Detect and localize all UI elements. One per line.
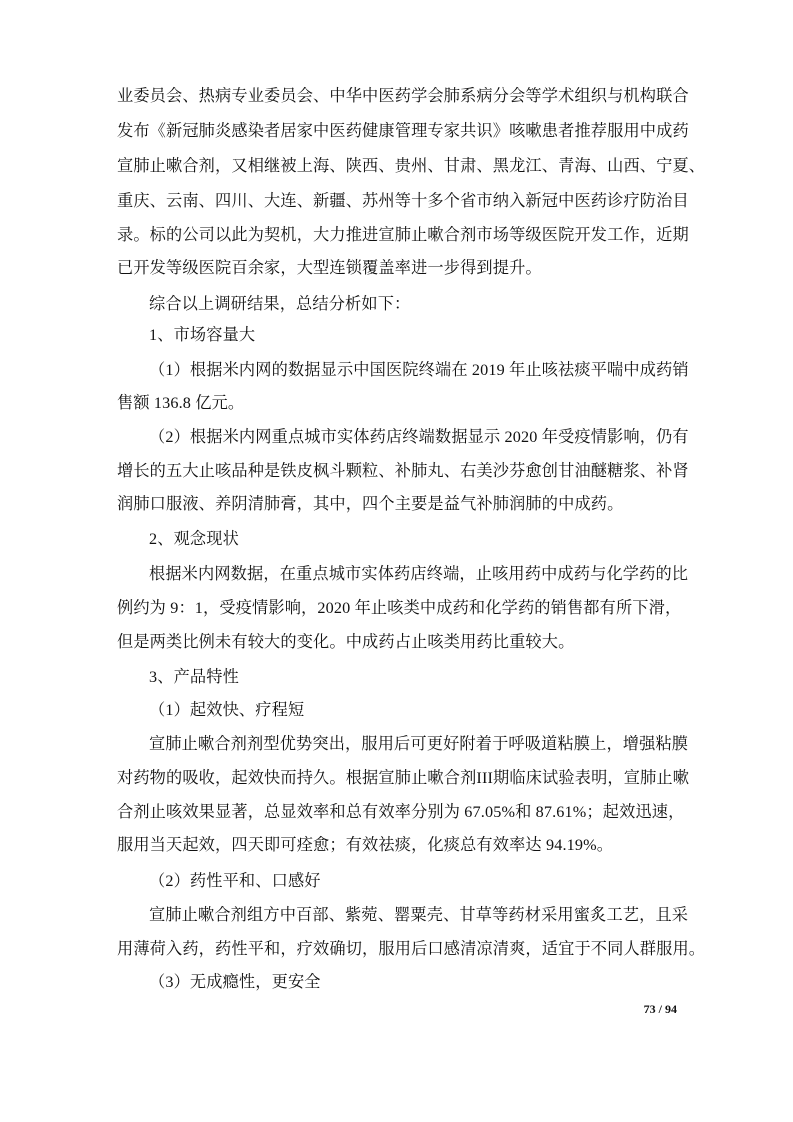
text-line: （2）药性平和、口感好	[149, 871, 709, 891]
text-line: （3）无成瘾性，更安全	[149, 972, 709, 992]
text-line: 宣肺止嗽合剂，又相继被上海、陕西、贵州、甘肃、黑龙江、青海、山西、宁夏、	[117, 156, 677, 176]
document-page: 业委员会、热病专业委员会、中华中医药学会肺系病分会等学术组织与机构联合发布《新冠…	[0, 0, 793, 1122]
text-line: （1）起效快、疗程短	[149, 700, 709, 720]
text-line: 综合以上调研结果，总结分析如下：	[149, 294, 709, 314]
text-line: 发布《新冠肺炎感染者居家中医药健康管理专家共识》咳嗽患者推荐服用中成药	[117, 121, 677, 141]
text-line: 用薄荷入药，药性平和，疗效确切，服用后口感清凉清爽，适宜于不同人群服用。	[117, 939, 677, 959]
text-line: 业委员会、热病专业委员会、中华中医药学会肺系病分会等学术组织与机构联合	[117, 86, 677, 106]
text-line: 1、市场容量大	[149, 325, 709, 345]
text-line: 已开发等级医院百余家，大型连锁覆盖率进一步得到提升。	[117, 258, 677, 278]
page-number: 73 / 94	[644, 1002, 677, 1017]
text-line: 重庆、云南、四川、大连、新疆、苏州等十多个省市纳入新冠中医药诊疗防治目	[117, 191, 677, 211]
text-line: 但是两类比例未有较大的变化。中成药占止咳类用药比重较大。	[117, 632, 677, 652]
text-line: 宣肺止嗽合剂剂型优势突出，服用后可更好附着于呼吸道粘膜上，增强粘膜	[149, 734, 709, 754]
text-line: 合剂止咳效果显著，总显效率和总有效率分别为 67.05%和 87.61%；起效迅…	[117, 802, 677, 822]
text-line: 售额 136.8 亿元。	[117, 393, 677, 413]
text-line: 3、产品特性	[149, 667, 709, 687]
text-line: 根据米内网数据，在重点城市实体药店终端，止咳用药中成药与化学药的比	[149, 564, 709, 584]
text-line: 2、观念现状	[149, 529, 709, 549]
text-line: （1）根据米内网的数据显示中国医院终端在 2019 年止咳祛痰平喘中成药销	[149, 360, 709, 380]
text-line: 宣肺止嗽合剂组方中百部、紫菀、罂粟壳、甘草等药材采用蜜炙工艺，且采	[149, 905, 709, 925]
text-line: 服用当天起效，四天即可痊愈；有效祛痰，化痰总有效率达 94.19%。	[117, 835, 677, 855]
text-line: 录。标的公司以此为契机，大力推进宣肺止嗽合剂市场等级医院开发工作，近期	[117, 225, 677, 245]
text-line: 润肺口服液、养阴清肺膏，其中，四个主要是益气补肺润肺的中成药。	[117, 494, 677, 514]
text-line: （2）根据米内网重点城市实体药店终端数据显示 2020 年受疫情影响，仍有	[149, 427, 709, 447]
text-line: 增长的五大止咳品种是铁皮枫斗颗粒、补肺丸、右美沙芬愈创甘油醚糖浆、补肾	[117, 461, 677, 481]
text-line: 例约为 9：1，受疫情影响，2020 年止咳类中成药和化学药的销售都有所下滑，	[117, 598, 677, 618]
text-line: 对药物的吸收，起效快而持久。根据宣肺止嗽合剂III期临床试验表明，宣肺止嗽	[117, 768, 677, 788]
